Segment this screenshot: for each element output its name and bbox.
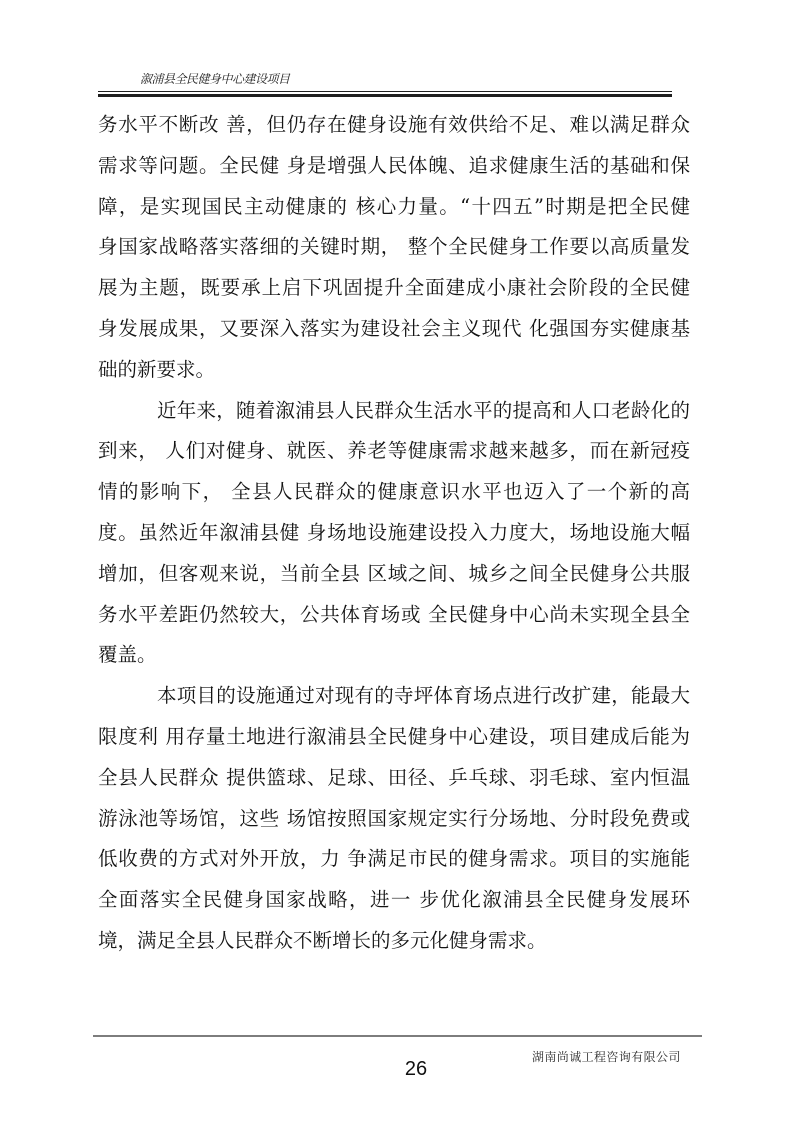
body-paragraph: 务水平不断改 善，但仍存在健身设施有效供给不足、难以满足群众需求等问题。全民健 … [98,105,690,391]
text-line: 增加，但客观来说，当前全县 区域之间、城乡之间全民健身公共服 [98,554,690,595]
text-line: 全面落实全民健身国家战略，进一 步优化溆浦县全民健身发展环 [98,880,690,921]
header-project-title: 溆浦县全民健身中心建设项目 [140,70,290,87]
footer-rule [93,1035,702,1037]
text-line: 到来， 人们对健身、就医、养老等健康需求越来越多，而在新冠疫 [98,431,690,472]
document-body: 务水平不断改 善，但仍存在健身设施有效供给不足、难以满足群众需求等问题。全民健 … [98,105,690,962]
text-line: 础的新要求。 [98,350,690,391]
text-line: 度。虽然近年溆浦县健 身场地设施建设投入力度大，场地设施大幅 [98,513,690,554]
text-line: 展为主题，既要承上启下巩固提升全面建成小康社会阶段的全民健 [98,268,690,309]
text-line: 覆盖。 [98,635,690,676]
text-line: 情的影响下， 全县人民群众的健康意识水平也迈入了一个新的高 [98,472,690,513]
text-line: 近年来，随着溆浦县人民群众生活水平的提高和人口老龄化的 [98,391,690,432]
text-line: 本项目的设施通过对现有的寺坪体育场点进行改扩建，能最大 [98,676,690,717]
document-page: 溆浦县全民健身中心建设项目 务水平不断改 善，但仍存在健身设施有效供给不足、难以… [0,0,793,1122]
text-line: 障，是实现国民主动健康的 核心力量。“十四五”时期是把全民健 [98,187,690,228]
body-paragraph: 近年来，随着溆浦县人民群众生活水平的提高和人口老龄化的到来， 人们对健身、就医、… [98,391,690,677]
text-line: 境，满足全县人民群众不断增长的多元化健身需求。 [98,921,690,962]
text-line: 低收费的方式对外开放，力 争满足市民的健身需求。项目的实施能 [98,839,690,880]
text-line: 游泳池等场馆，这些 场馆按照国家规定实行分场地、分时段免费或 [98,799,690,840]
text-line: 全县人民群众 提供篮球、足球、田径、乒乓球、羽毛球、室内恒温 [98,758,690,799]
footer-company-name: 湖南尚诚工程咨询有限公司 [532,1048,677,1065]
text-line: 身国家战略落实落细的关键时期， 整个全民健身工作要以高质量发 [98,227,690,268]
text-line: 务水平差距仍然较大，公共体育场或 全民健身中心尚未实现全县全 [98,595,690,636]
text-line: 身发展成果，又要深入落实为建设社会主义现代 化强国夯实健康基 [98,309,690,350]
text-line: 需求等问题。全民健 身是增强人民体魄、追求健康生活的基础和保 [98,146,690,187]
text-line: 务水平不断改 善，但仍存在健身设施有效供给不足、难以满足群众 [98,105,690,146]
page-number: 26 [396,1058,436,1081]
header-double-rule [98,91,672,97]
text-line: 限度利 用存量土地进行溆浦县全民健身中心建设，项目建成后能为 [98,717,690,758]
body-paragraph: 本项目的设施通过对现有的寺坪体育场点进行改扩建，能最大限度利 用存量土地进行溆浦… [98,676,690,962]
